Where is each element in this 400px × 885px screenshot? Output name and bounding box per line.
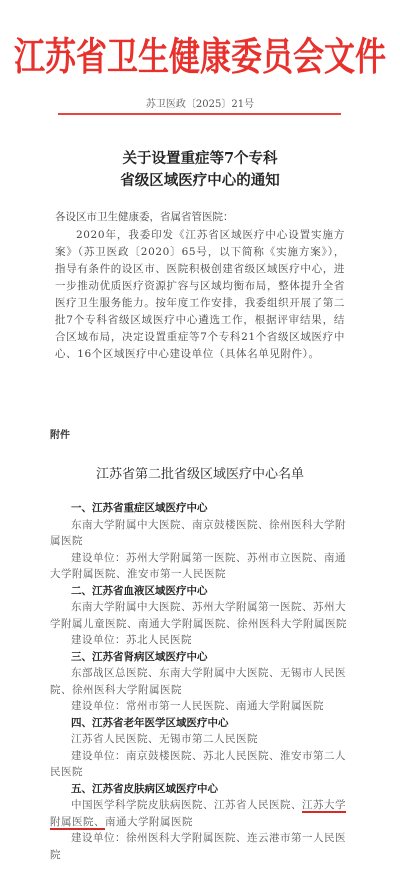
attachment-label: 附件 [50, 426, 70, 441]
issuer-title: 江苏省卫生健康委员会文件 [0, 25, 400, 81]
centers-text: 南通大学附属医院 [105, 816, 193, 828]
section-construction-units: 建设单位：苏北人民医院 [50, 632, 350, 649]
section-construction-units: 建设单位：南京鼓楼医院、苏北人民医院、淮安市第二人民医院 [50, 748, 350, 781]
notice-title: 关于设置重症等7个专科 省级区域医疗中心的通知 [0, 148, 400, 192]
section-construction-units: 建设单位：常州市第一人民医院、南通大学附属医院 [50, 698, 350, 715]
center-list: 一、江苏省重症区域医疗中心 东南大学附属中大医院、南京鼓楼医院、徐州医科大学附属… [50, 500, 350, 863]
document-page: 江苏省卫生健康委员会文件 苏卫医政〔2025〕21号 关于设置重症等7个专科 省… [0, 0, 400, 885]
section-centers: 中国医学科学院皮肤病医院、江苏省人民医院、江苏大学附属医院、南通大学附属医院 [50, 797, 350, 830]
section-construction-units: 建设单位：徐州医科大学附属医院、连云港市第一人民医院 [50, 830, 350, 863]
notice-title-line-2: 省级区域医疗中心的通知 [0, 170, 400, 192]
notice-body: 2020年，我委印发《江苏省区域医疗中心设置实施方案》（苏卫医政〔2020〕65… [55, 227, 345, 363]
section-centers: 东南大学附属中大医院、南京鼓楼医院、徐州医科大学附属医院 [50, 517, 350, 550]
centers-text: 中国医学科学院皮肤病医院、江苏省人民医院、 [71, 799, 302, 811]
document-number: 苏卫医政〔2025〕21号 [0, 95, 400, 110]
section-heading: 二、江苏省血液区域医疗中心 [50, 583, 350, 600]
section-centers: 江苏省人民医院、无锡市第二人民医院 [50, 731, 350, 748]
salutation: 各设区市卫生健康委，省属省管医院： [55, 209, 345, 226]
list-title: 江苏省第二批省级区域医疗中心名单 [0, 463, 400, 482]
notice-title-line-1: 关于设置重症等7个专科 [0, 148, 400, 170]
section-heading: 四、江苏省老年医学区域医疗中心 [50, 715, 350, 732]
section-heading: 三、江苏省肾病区域医疗中心 [50, 649, 350, 666]
section-heading: 一、江苏省重症区域医疗中心 [50, 500, 350, 517]
section-centers: 东部战区总医院、东南大学附属中大医院、无锡市人民医院、徐州医科大学附属医院 [50, 665, 350, 698]
section-heading: 五、江苏省皮肤病区域医疗中心 [50, 781, 350, 798]
section-construction-units: 建设单位：苏州大学附属第一医院、苏州市立医院、南通大学附属医院、淮安市第一人民医… [50, 550, 350, 583]
red-divider-rule [58, 113, 341, 115]
section-centers: 东南大学附属中大医院、苏州大学附属第一医院、苏州大学附属儿童医院、南通大学附属医… [50, 599, 350, 632]
